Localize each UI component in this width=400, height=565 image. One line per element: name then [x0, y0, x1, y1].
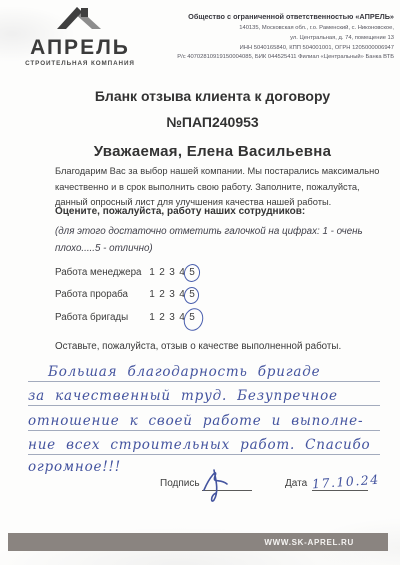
date-value: 17.10.24 [312, 472, 381, 492]
rating-number: 3 [167, 312, 177, 323]
intro-line: качественно и в срок выполнить свою рабо… [55, 180, 395, 196]
rating-scale: 1 2 3 4 5 [147, 267, 197, 278]
handwritten-line: Большая благодарность бригаде [28, 357, 380, 382]
handwritten-line: за качественный труд. Безупречное [28, 382, 380, 407]
rating-number: 3 [167, 267, 177, 278]
rating-number: 1 [147, 267, 157, 278]
handwritten-line: отношение к своей работе и выполне- [28, 406, 380, 431]
greeting: Уважаемая, Елена Васильевна [25, 143, 400, 160]
signature-label: Подпись [160, 478, 200, 489]
rating-label: Работа менеджера [55, 267, 147, 278]
handwritten-line: ние всех строительных работ. Спасибо [28, 431, 380, 456]
rating-label: Работа прораба [55, 289, 147, 300]
rating-number: 2 [157, 267, 167, 278]
signature-row: Подпись Дата 17.10.24 [0, 474, 400, 508]
scanned-feedback-form: АПРЕЛЬ СТРОИТЕЛЬНАЯ КОМПАНИЯ Общество с … [0, 0, 400, 565]
rate-heading: Оцените, пожалуйста, работу наших сотруд… [55, 206, 305, 217]
signature-mark-icon [200, 466, 240, 507]
handwritten-review: Большая благодарность бригаде за качеств… [28, 357, 380, 476]
company-address-2: ул. Центральная, д. 74, помещение 13 [134, 34, 394, 44]
rating-number: 1 [147, 312, 157, 323]
footer-bar: WWW.SK-APREL.RU [8, 533, 388, 551]
rating-scale: 1 2 3 4 5 [147, 289, 197, 300]
rating-number: 2 [157, 289, 167, 300]
logo-subtitle: СТРОИТЕЛЬНАЯ КОМПАНИЯ [14, 60, 146, 67]
rating-row: Работа прораба 1 2 3 4 5 [55, 284, 197, 307]
rating-scale: 1 2 3 4 5 [147, 312, 197, 323]
company-address-1: 140135, Московская обл., г.о. Раменский,… [134, 24, 394, 34]
rate-note-line: плохо.....5 - отлично) [55, 241, 363, 258]
form-title: Бланк отзыва клиента к договору [25, 88, 400, 104]
website-url: WWW.SK-APREL.RU [264, 538, 354, 547]
roof-logo-icon [57, 19, 103, 36]
rating-number: 2 [157, 312, 167, 323]
rating-row: Работа бригады 1 2 3 4 5 [55, 306, 197, 329]
intro-paragraph: Благодарим Вас за выбор нашей компании. … [55, 164, 395, 211]
rate-note-line: (для этого достаточно отметить галочкой … [55, 224, 363, 241]
logo-name: АПРЕЛЬ [14, 37, 146, 59]
rating-label: Работа бригады [55, 312, 147, 323]
rating-number-selected: 5 [187, 267, 197, 278]
review-prompt: Оставьте, пожалуйста, отзыв о качестве в… [55, 341, 341, 352]
rating-number-selected: 5 [187, 312, 197, 323]
rating-number: 3 [167, 289, 177, 300]
ratings-section: Работа менеджера 1 2 3 4 5 Работа прораб… [55, 261, 197, 329]
company-name: Общество с ограниченной ответственностью… [134, 12, 394, 21]
contract-number: №ПАП240953 [25, 114, 400, 130]
company-bank: Р/с 40702810919150004085, БИК 044525411 … [134, 53, 394, 63]
title-block: Бланк отзыва клиента к договору №ПАП2409… [25, 88, 400, 160]
rate-note: (для этого достаточно отметить галочкой … [55, 224, 363, 257]
rating-row: Работа менеджера 1 2 3 4 5 [55, 261, 197, 284]
date-label: Дата [285, 478, 307, 489]
company-details: Общество с ограниченной ответственностью… [134, 12, 394, 63]
rating-number: 1 [147, 289, 157, 300]
company-inn: ИНН 5040165840, КПП 504001001, ОГРН 1205… [134, 44, 394, 54]
intro-line: Благодарим Вас за выбор нашей компании. … [55, 164, 395, 180]
rating-number-selected: 5 [187, 289, 197, 300]
company-logo: АПРЕЛЬ СТРОИТЕЛЬНАЯ КОМПАНИЯ [14, 6, 146, 67]
